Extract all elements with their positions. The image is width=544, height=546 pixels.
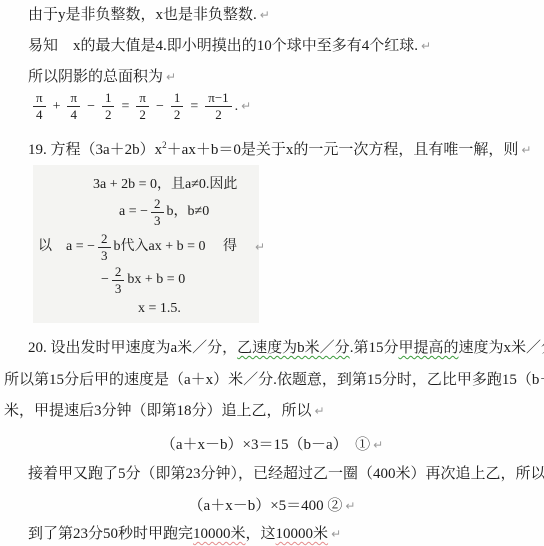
math-image-block: 3a + 2b = 0，且a≠0.因此 a = − 23 b，b≠0 以 a =… [33,165,259,323]
fraction: π4 [33,91,46,121]
equation-1: （a＋x－b）×3＝15（b－a） ①↵ [0,437,544,454]
paragraph-mark: ↵ [255,239,265,255]
paragraph-final: 到了第23分50秒时甲跑完10000米，这10000米↵ [28,526,341,543]
misspelled-segment: 10000米 [276,526,329,542]
eq-line-3: 以 a = − 23 b代入ax + b = 0 得 ↵ [38,232,265,262]
paragraph-text: .第15分 [350,340,399,356]
paragraph-text: 易知 x的最大值是4.即小明摸出的10个球中至多有4个红球. [28,38,418,54]
eq-line-5: x = 1.5. [138,301,181,317]
formula-period: . [235,98,239,115]
paragraph-problem-20-line2: 所以第15分后甲的速度是（a＋x）米／分.依题意，到第15分时，乙比甲多跑15（… [4,372,544,389]
paragraph-mark: ↵ [166,70,176,84]
paragraph-text: 速度为x米／分， [458,340,544,356]
document-page: 由于y是非负整数，x也是非负整数.↵ 易知 x的最大值是4.即小明摸出的10个球… [0,0,544,546]
equation-text: （a＋x－b）×3＝15（b－a） ① [161,437,370,453]
operator: − [87,98,95,115]
paragraph-text: 由于y是非负整数，x也是非负整数. [28,7,257,23]
paragraph-text: 20. 设出发时甲速度为a米／分， [28,340,237,356]
paragraph-y-nonneg: 由于y是非负整数，x也是非负整数.↵ [28,7,270,24]
operator: = [121,98,129,115]
paragraph-mark: ↵ [345,499,355,513]
paragraph-problem-20-line3: 米，甲提速后3分钟（即第18分）追上乙，所以↵ [4,403,325,420]
fraction: 12 [171,91,184,121]
eq-line-2: a = − 23 b，b≠0 [119,197,209,227]
paragraph-text: 米，甲提速后3分钟（即第18分）追上乙，所以 [4,403,312,419]
paragraph-mark: ↵ [315,404,325,418]
fraction: 12 [102,91,115,121]
paragraph-mark: ↵ [260,8,270,22]
paragraph-catchup: 接着甲又跑了5分（即第23分钟），已经超过乙一圈（400米）再次追上乙，所以↵ [28,466,544,483]
paragraph-text: 到了第23分50秒时甲跑完 [28,526,193,542]
paragraph-text: 接着甲又跑了5分（即第23分钟），已经超过乙一圈（400米）再次追上乙，所以 [28,466,544,482]
equation-text: （a＋x－b）×5＝400 ② [189,498,343,514]
paragraph-text: 所以第15分后甲的速度是（a＋x）米／分.依题意，到第15分时，乙比甲多跑15（… [4,372,544,388]
operator: + [53,98,61,115]
paragraph-problem-20-line1: 20. 设出发时甲速度为a米／分，乙速度为b米／分.第15分甲提高的速度为x米／… [28,340,544,357]
paragraph-text: ，这 [246,526,276,542]
paragraph-mark: ↵ [373,438,383,452]
eq-line-1: 3a + 2b = 0，且a≠0.因此 [93,177,237,193]
misspelled-segment: 10000米 [193,526,246,542]
equation-2: （a＋x－b）×5＝400 ②↵ [0,498,544,515]
paragraph-mark: ↵ [241,98,251,115]
fraction: 23 [112,265,125,295]
paragraph-shaded-area: 所以阴影的总面积为↵ [28,69,176,86]
paragraph-max-x: 易知 x的最大值是4.即小明摸出的10个球中至多有4个红球.↵ [28,38,431,55]
paragraph-text: 19. 方程（3a＋2b）x [28,142,162,158]
fraction: π−12 [205,91,231,121]
paragraph-mark: ↵ [521,143,531,157]
fraction: π2 [136,91,149,121]
misspelled-segment: 甲提高的 [398,340,458,356]
operator: − [156,98,164,115]
operator: = [190,98,198,115]
fraction: 23 [98,232,111,262]
misspelled-segment: 乙速度为b米／分 [237,340,350,356]
paragraph-text: 所以阴影的总面积为 [28,69,163,85]
paragraph-problem-19: 19. 方程（3a＋2b）x2＋ax＋b＝0是关于x的一元一次方程，且有唯一解，… [28,142,531,159]
paragraph-mark: ↵ [331,527,341,541]
eq-line-4: − 23 bx + b = 0 [101,265,185,295]
paragraph-mark: ↵ [421,39,431,53]
fraction: 23 [151,197,164,227]
fraction: π4 [67,91,80,121]
formula-shaded-area-sum: π4 + π4 − 12 = π2 − 12 = π−12 . ↵ [30,90,251,122]
paragraph-text: ＋ax＋b＝0是关于x的一元一次方程，且有唯一解，则 [167,142,519,158]
